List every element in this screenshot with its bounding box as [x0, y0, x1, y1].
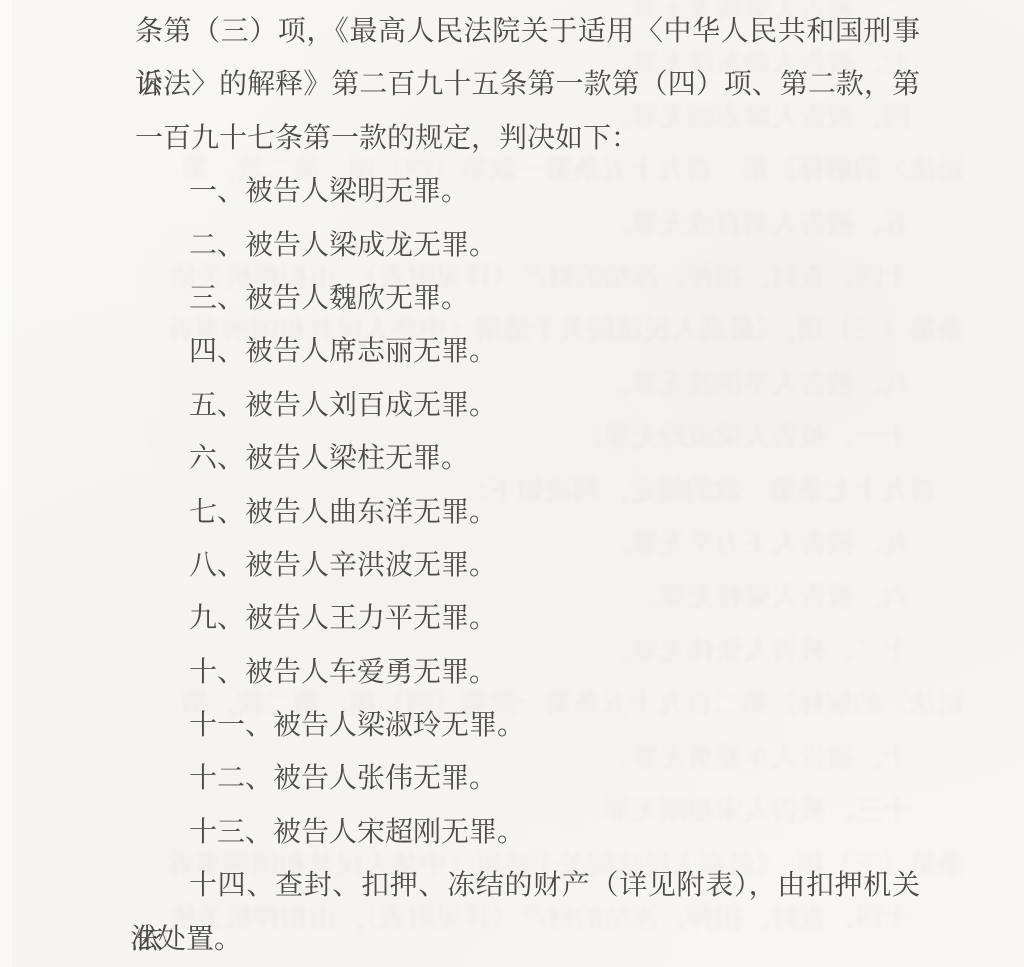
verdict-item-4: 四、被告人席志丽无罪。 [135, 325, 920, 378]
verdict-item-14-continuation: 法处置。 [130, 913, 920, 966]
judgment-text-block: 条第（三）项，《最高人民法院关于适用〈中华人民共和国刑事诉 讼法〉的解释》第二百… [135, 5, 920, 966]
verdict-item-3: 三、被告人魏欣无罪。 [135, 272, 920, 325]
legal-basis-line: 条第（三）项，《最高人民法院关于适用〈中华人民共和国刑事诉 [135, 5, 920, 58]
verdict-item-10: 十、被告人车爱勇无罪。 [135, 646, 920, 699]
legal-basis-line: 一百九十七条第一款的规定，判决如下： [135, 112, 920, 165]
document-page: 二、被告人梁成龙无罪。 七、被告人曲东洋无罪。 四、被告人席志丽无罪。 讼法〉的… [0, 0, 1024, 967]
verdict-item-2: 二、被告人梁成龙无罪。 [135, 219, 920, 272]
verdict-item-5: 五、被告人刘百成无罪。 [135, 379, 920, 432]
verdict-item-9: 九、被告人王力平无罪。 [135, 592, 920, 645]
scan-edge-smudges [0, 0, 1, 1]
verdict-item-8: 八、被告人辛洪波无罪。 [135, 539, 920, 592]
verdict-item-13: 十三、被告人宋超刚无罪。 [135, 806, 920, 859]
verdict-item-11: 十一、被告人梁淑玲无罪。 [135, 699, 920, 752]
legal-basis-line: 讼法〉的解释》第二百九十五条第一款第（四）项、第二款，第 [135, 58, 920, 111]
verdict-item-12: 十二、被告人张伟无罪。 [135, 752, 920, 805]
verdict-item-7: 七、被告人曲东洋无罪。 [135, 486, 920, 539]
verdict-item-6: 六、被告人梁柱无罪。 [135, 432, 920, 485]
verdict-item-1: 一、被告人梁明无罪。 [135, 165, 920, 218]
verdict-item-14: 十四、查封、扣押、冻结的财产（详见附表），由扣押机关依 [135, 859, 920, 912]
